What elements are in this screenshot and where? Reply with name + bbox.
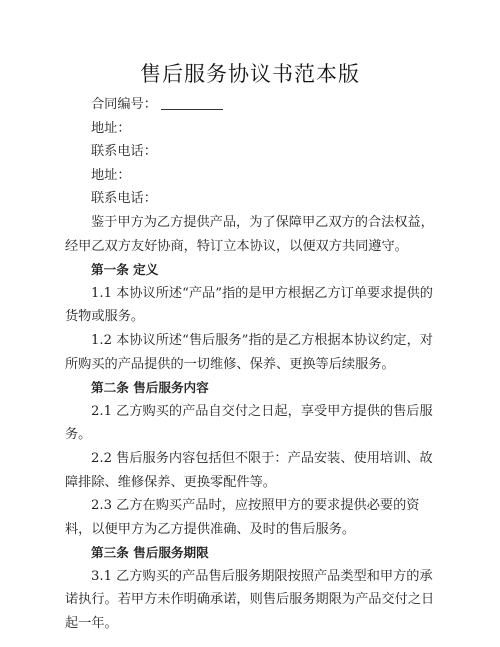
field-label: 联系电话： — [91, 144, 157, 159]
field-label: 合同编号： — [91, 97, 157, 112]
section-heading: 第三条 售后服务期限 — [65, 541, 440, 565]
section-heading: 第一条 定义 — [65, 258, 440, 282]
field-label: 地址： — [91, 121, 131, 136]
document-title: 售后服务协议书范本版 — [0, 58, 500, 88]
field-label: 联系电话： — [91, 191, 157, 206]
clause-paragraph: 2.2 售后服务内容包括但不限于：产品安装、使用培训、故障排除、维修保养、更换零… — [65, 447, 440, 494]
address-field-party-b: 地址： — [65, 164, 440, 188]
phone-field-party-b: 联系电话： — [65, 187, 440, 211]
clause-paragraph: 1.1 本协议所述“产品”指的是甲方根据乙方订单要求提供的货物或服务。 — [65, 282, 440, 329]
address-field-party-a: 地址： — [65, 117, 440, 141]
contract-number-field: 合同编号： — [65, 93, 440, 117]
clause-paragraph: 1.2 本协议所述“售后服务”指的是乙方根据本协议约定，对所购买的产品提供的一切… — [65, 329, 440, 376]
phone-field-party-a: 联系电话： — [65, 140, 440, 164]
clause-paragraph: 2.1 乙方购买的产品自交付之日起，享受甲方提供的售后服务。 — [65, 400, 440, 447]
contract-number-blank — [161, 95, 223, 110]
section-heading: 第二条 售后服务内容 — [65, 376, 440, 400]
preamble-paragraph: 鉴于甲方为乙方提供产品，为了保障甲乙双方的合法权益，经甲乙双方友好协商，特订立本… — [65, 211, 440, 258]
clause-paragraph: 3.1 乙方购买的产品售后服务期限按照产品类型和甲方的承诺执行。若甲方未作明确承… — [65, 565, 440, 636]
field-label: 地址： — [91, 168, 131, 183]
document-body: 合同编号： 地址： 联系电话： 地址： 联系电话： 鉴于甲方为乙方提供产品，为了… — [65, 93, 440, 636]
clause-paragraph: 2.3 乙方在购买产品时，应按照甲方的要求提供必要的资料，以便甲方为乙方提供准确… — [65, 494, 440, 541]
